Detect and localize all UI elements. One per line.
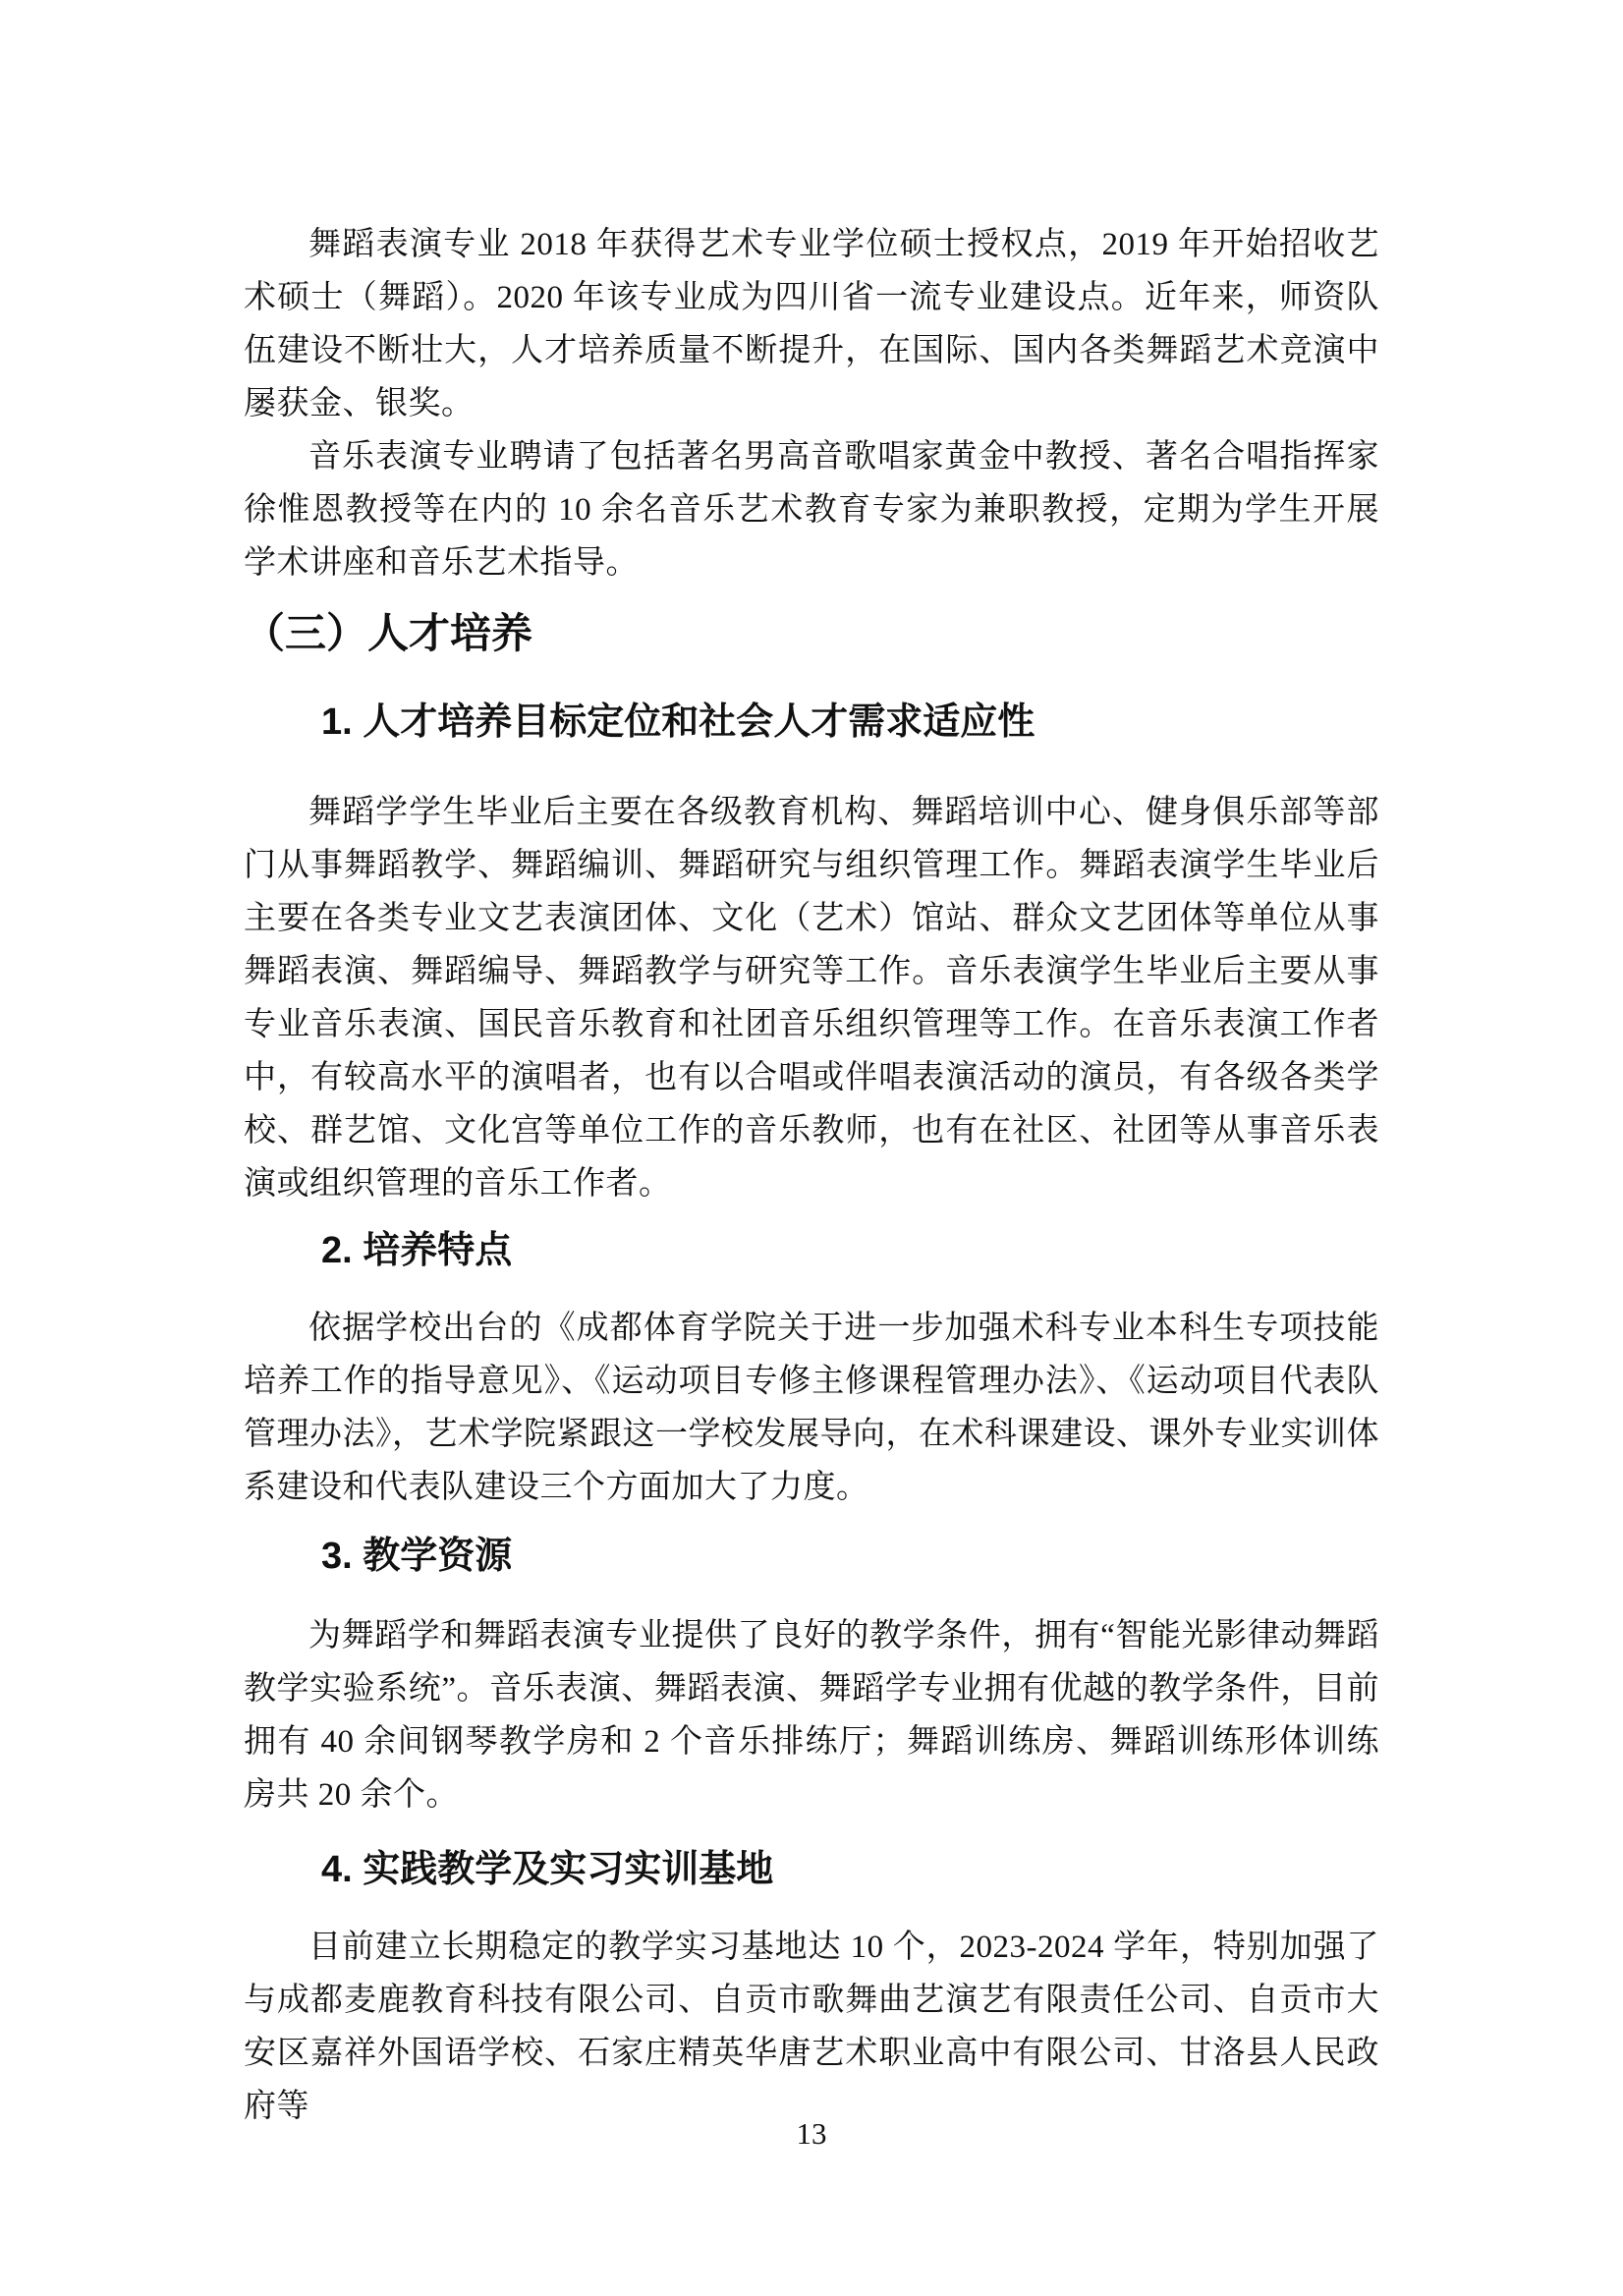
paragraph-dance-performance-degree: 舞蹈表演专业 2018 年获得艺术专业学位硕士授权点，2019 年开始招收艺术硕… [244, 218, 1379, 430]
paragraph-practice-bases: 目前建立长期稳定的教学实习基地达 10 个，2023-2024 学年，特别加强了… [244, 1921, 1379, 2133]
paragraph-graduate-employment: 舞蹈学学生毕业后主要在各级教育机构、舞蹈培训中心、健身俱乐部等部门从事舞蹈教学、… [244, 786, 1379, 1210]
page-content: 舞蹈表演专业 2018 年获得艺术专业学位硕士授权点，2019 年开始招收艺术硕… [244, 218, 1379, 2133]
page-number: 13 [0, 2114, 1623, 2154]
document-page: 舞蹈表演专业 2018 年获得艺术专业学位硕士授权点，2019 年开始招收艺术硕… [0, 0, 1623, 2296]
section-title-talent-cultivation: （三）人才培养 [244, 603, 1379, 664]
paragraph-music-performance-professors: 音乐表演专业聘请了包括著名男高音歌唱家黄金中教授、著名合唱指挥家徐惟恩教授等在内… [244, 430, 1379, 589]
subsection-heading-training-goals: 1. 人才培养目标定位和社会人才需求适应性 [321, 696, 1379, 749]
subsection-heading-training-features: 2. 培养特点 [321, 1224, 1379, 1277]
subsection-heading-practice-bases: 4. 实践教学及实习实训基地 [321, 1843, 1379, 1896]
subsection-heading-teaching-resources: 3. 教学资源 [321, 1530, 1379, 1583]
paragraph-teaching-resources: 为舞蹈学和舞蹈表演专业提供了良好的教学条件，拥有“智能光影律动舞蹈教学实验系统”… [244, 1609, 1379, 1821]
paragraph-training-features: 依据学校出台的《成都体育学院关于进一步加强术科专业本科生专项技能培养工作的指导意… [244, 1302, 1379, 1514]
